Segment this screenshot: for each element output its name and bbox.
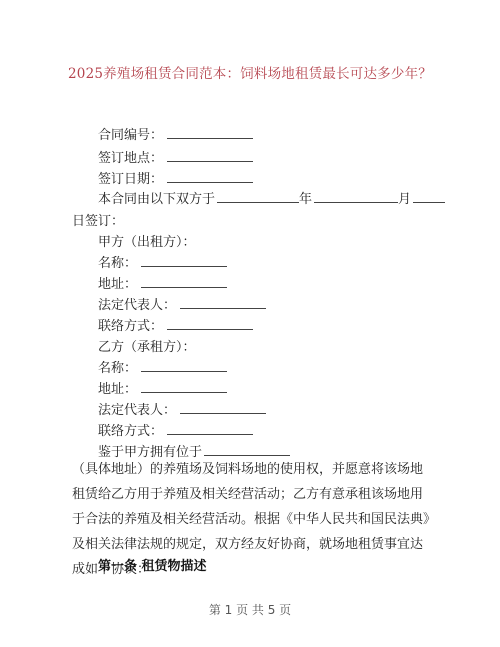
month-blank[interactable] [314, 190, 398, 203]
party-b-representative-row: 法定代表人： [98, 399, 266, 418]
contract-number-row: 合同编号： [98, 124, 253, 143]
party-b-address-blank[interactable] [141, 380, 227, 393]
party-a-heading: 甲方（出租方）： [98, 231, 196, 250]
contract-number-blank[interactable] [167, 126, 253, 139]
party-a-name-row: 名称： [98, 252, 227, 271]
party-a-address-row: 地址： [98, 273, 227, 292]
section-heading: 第一条 租赁物描述 [98, 555, 207, 574]
location-blank[interactable] [204, 443, 290, 456]
sign-location-label: 签订地点： [98, 151, 163, 166]
day-blank[interactable] [413, 190, 445, 203]
party-b-representative-blank[interactable] [180, 401, 266, 414]
party-b-heading: 乙方（承租方）： [98, 336, 196, 355]
party-a-address-blank[interactable] [141, 275, 227, 288]
page-title: 2025养殖场租赁合同范本：饲料场地租赁最长可达多少年？ [0, 62, 500, 82]
party-b-name-label: 名称： [98, 361, 137, 376]
party-b-contact-row: 联络方式： [98, 420, 253, 439]
year-blank[interactable] [217, 190, 299, 203]
party-a-contact-row: 联络方式： [98, 315, 253, 334]
party-a-representative-blank[interactable] [180, 296, 266, 309]
sign-date-row: 签订日期： [98, 168, 253, 187]
sign-date-label: 签订日期： [98, 172, 163, 187]
party-b-contact-blank[interactable] [167, 422, 253, 435]
party-a-address-label: 地址： [98, 277, 137, 292]
party-b-address-label: 地址： [98, 382, 137, 397]
party-a-contact-blank[interactable] [167, 317, 253, 330]
sign-location-blank[interactable] [167, 149, 253, 162]
agreement-date-prefix: 本合同由以下双方于 [98, 192, 215, 207]
party-a-representative-row: 法定代表人： [98, 294, 266, 313]
party-b-contact-label: 联络方式： [98, 424, 163, 439]
party-a-name-label: 名称： [98, 256, 137, 271]
page-footer: 第 1 页 共 5 页 [0, 601, 500, 618]
agreement-date-continuation: 日签订： [72, 210, 124, 229]
party-b-representative-label: 法定代表人： [98, 403, 176, 418]
party-a-name-blank[interactable] [141, 254, 227, 267]
party-a-representative-label: 法定代表人： [98, 298, 176, 313]
sign-date-blank[interactable] [167, 170, 253, 183]
party-b-name-row: 名称： [98, 357, 227, 376]
party-b-address-row: 地址： [98, 378, 227, 397]
sign-location-row: 签订地点： [98, 147, 253, 166]
agreement-date-row: 本合同由以下双方于年月 [98, 188, 445, 207]
month-label: 月 [398, 192, 411, 207]
contract-number-label: 合同编号： [98, 128, 163, 143]
year-label: 年 [299, 192, 312, 207]
party-b-name-blank[interactable] [141, 359, 227, 372]
party-a-contact-label: 联络方式： [98, 319, 163, 334]
